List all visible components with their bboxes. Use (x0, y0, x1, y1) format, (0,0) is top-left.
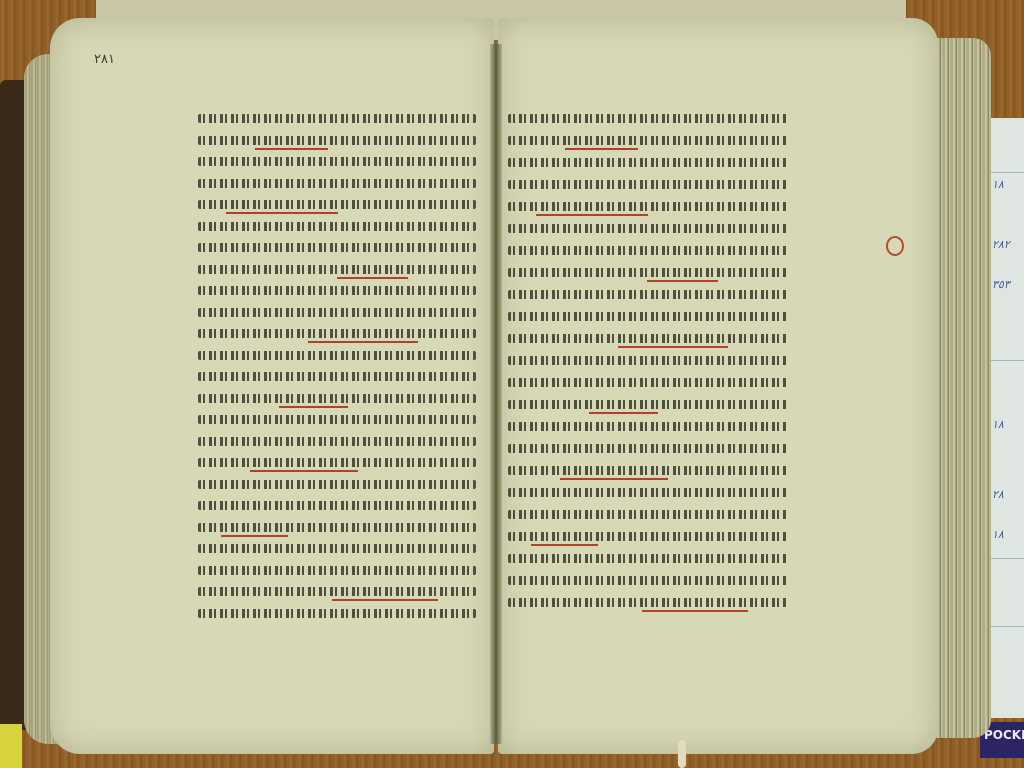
rubric-overline (647, 280, 718, 282)
rubric-overline (589, 412, 658, 414)
manuscript-text-line (198, 329, 476, 338)
left-text-block (198, 114, 476, 634)
manuscript-text-line (508, 246, 788, 255)
manuscript-text-line (198, 609, 476, 618)
manuscript-text-line (198, 394, 476, 403)
bookmark-ribbon (678, 740, 686, 768)
rubric-overline (255, 148, 328, 150)
manuscript-text-line (198, 265, 476, 274)
manuscript-text-line (198, 157, 476, 166)
library-stamp-icon (886, 236, 904, 256)
manuscript-text-line (508, 488, 788, 497)
manuscript-text-line (508, 532, 788, 541)
manuscript-text-line (508, 224, 788, 233)
manuscript-text-line (508, 114, 788, 123)
rubric-overline (226, 212, 338, 214)
manuscript-text-line (508, 554, 788, 563)
manuscript-text-line (198, 587, 476, 596)
rubric-overline (332, 599, 438, 601)
manuscript-text-line (198, 437, 476, 446)
rubric-overline (560, 478, 668, 480)
rubric-overline (308, 341, 418, 343)
rubric-overline (642, 610, 748, 612)
manuscript-text-line (508, 180, 788, 189)
rubric-overline (337, 277, 408, 279)
page-number: ٢٨١ (94, 52, 115, 67)
manuscript-text-line (508, 444, 788, 453)
manuscript-text-line (508, 202, 788, 211)
manuscript-text-line (198, 415, 476, 424)
rubric-overline (531, 544, 598, 546)
manuscript-text-line (508, 268, 788, 277)
rubric-overline (618, 346, 728, 348)
rubric-overline (536, 214, 648, 216)
manuscript-text-line (198, 308, 476, 317)
manuscript-text-line (198, 523, 476, 532)
manuscript-text-line (198, 372, 476, 381)
manuscript-text-line (198, 566, 476, 575)
manuscript-text-line (198, 222, 476, 231)
manuscript-text-line (508, 400, 788, 409)
rubric-overline (279, 406, 348, 408)
manuscript-text-line (508, 158, 788, 167)
rubric-overline (221, 535, 288, 537)
manuscript-text-line (198, 200, 476, 209)
manuscript-text-line (508, 334, 788, 343)
manuscript-text-line (198, 458, 476, 467)
open-manuscript: ٢٨١ (20, 14, 995, 759)
manuscript-text-line (198, 351, 476, 360)
manuscript-text-line (508, 356, 788, 365)
yellow-sticker (0, 724, 22, 768)
manuscript-text-line (508, 378, 788, 387)
manuscript-text-line (198, 114, 476, 123)
manuscript-text-line (508, 312, 788, 321)
manuscript-text-line (508, 422, 788, 431)
manuscript-text-line (198, 179, 476, 188)
manuscript-text-line (198, 243, 476, 252)
rubric-overline (250, 470, 358, 472)
manuscript-text-line (198, 501, 476, 510)
manuscript-text-line (198, 544, 476, 553)
book-gutter (490, 44, 502, 744)
manuscript-text-line (198, 480, 476, 489)
manuscript-text-line (508, 576, 788, 585)
manuscript-text-line (198, 136, 476, 145)
manuscript-text-line (508, 598, 788, 607)
manuscript-text-line (508, 290, 788, 299)
rubric-overline (565, 148, 638, 150)
manuscript-text-line (508, 510, 788, 519)
right-text-block (508, 114, 788, 624)
manuscript-text-line (198, 286, 476, 295)
manuscript-text-line (508, 466, 788, 475)
manuscript-text-line (508, 136, 788, 145)
